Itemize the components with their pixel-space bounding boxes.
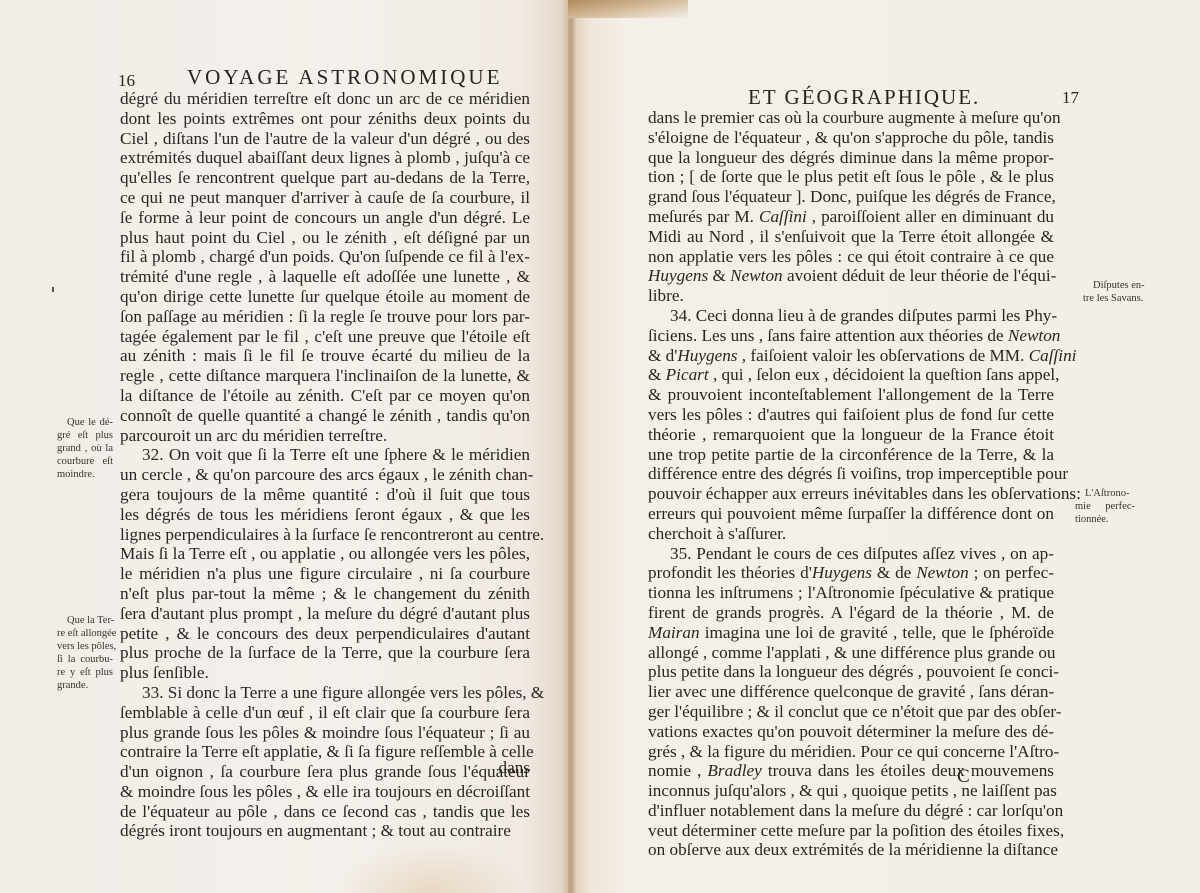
text-line: les dégrés de tous les méridiens ſeront … [120, 505, 530, 525]
page-number-right: 17 [1062, 88, 1079, 108]
page-fold-stain [568, 0, 688, 18]
text-line: plus proche de la ſurface de la Terre, q… [120, 643, 530, 663]
margin-note-line: vers les pôles, [57, 640, 113, 653]
page-number-left: 16 [118, 71, 135, 91]
text-line: ſon paſſage au méridien : ſi la regle ſe… [120, 307, 530, 327]
text-line: petite , & le concours des deux perpendi… [120, 624, 530, 644]
text-line: vers les pôles : d'autres qui faiſoient … [648, 405, 1054, 425]
ink-speck [52, 287, 54, 292]
text-line: grand ſous l'équateur ]. Donc, puiſque l… [648, 187, 1054, 207]
text-line: ſe forme à leur point de concours un ang… [120, 208, 530, 228]
text-line: firent de grands progrès. A l'égard de l… [648, 603, 1054, 623]
text-line: connoît de quelle quantité a changé le z… [120, 406, 530, 426]
text-line: ſera d'autant plus prompt , la meſure du… [120, 604, 530, 624]
text-line: différence entre des dégrés ſi voiſins, … [648, 464, 1054, 484]
text-line: Huygens & Newton avoient déduit de leur … [648, 266, 1054, 286]
margin-note-line: grande. [57, 679, 113, 692]
text-line: d'influer notablement dans la meſure du … [648, 801, 1054, 821]
text-line: qu'elles ſe rencontrent quelque part au-… [120, 168, 530, 188]
margin-note-line: re eſt allongée [57, 627, 113, 640]
margin-note-line: moindre. [57, 468, 113, 481]
text-line: le méridien n'a plus une figure circulai… [120, 564, 530, 584]
text-line: plus ſenſible. [120, 663, 530, 683]
text-line: veut déterminer cette meſure par la poſi… [648, 821, 1054, 841]
running-head-right: ET GÉOGRAPHIQUE. [748, 85, 980, 110]
text-line: qu'on dirige cette lunette ſur quelque é… [120, 287, 530, 307]
text-line: une trop petite partie de la circonféren… [648, 445, 1054, 465]
text-line: ſiciens. Les uns , ſans faire attention … [648, 326, 1054, 346]
text-line: 34. Ceci donna lieu à de grandes diſpute… [648, 306, 1054, 326]
text-line: non applatie vers les pôles : ce qui éto… [648, 247, 1054, 267]
text-line: on obſerve aux deux extrémités de la mér… [648, 840, 1054, 860]
text-line: meſurés par M. Caſſini , paroiſſoient al… [648, 207, 1054, 227]
text-line: allongé , comme l'applati , & une différ… [648, 643, 1054, 663]
text-line: dégré du méridien terreſtre eſt donc un … [120, 89, 530, 109]
text-line: plus petite dans la longueur des dégrés … [648, 662, 1054, 682]
text-line: la diſtance de l'étoile au zénith. C'eſt… [120, 386, 530, 406]
text-line: tion ; [ de ſorte que le plus petit eſt … [648, 167, 1054, 187]
text-line: fil à plomb , chargé d'un poids. Qu'on ſ… [120, 247, 530, 267]
margin-note-line: tionnée. [1075, 513, 1135, 526]
text-line: de l'équateur au pôle , dans ce ſecond c… [120, 802, 530, 822]
margin-note-degree-size: Que le dé-gré eſt plusgrand , où lacourb… [57, 416, 113, 481]
margin-note-elongated-earth: Que la Ter-re eſt allongéevers les pôles… [57, 614, 113, 692]
signature-mark: C [957, 766, 970, 788]
margin-note-line: mie perfec- [1075, 500, 1135, 513]
margin-note-line: L'Aſtrono- [1075, 487, 1135, 500]
text-line: ſemblable à celle d'un œuf , il eſt clai… [120, 703, 530, 723]
text-line: que la longueur des dégrés diminue dans … [648, 148, 1054, 168]
margin-note-line: ſi la courbu- [57, 653, 113, 666]
margin-note-line: tre les Savans. [1083, 292, 1143, 305]
text-line: plus haut point du Ciel , ou le zénith ,… [120, 228, 530, 248]
text-line: ce qui ne peut manquer d'arriver à cauſe… [120, 188, 530, 208]
text-line: parcouroit un arc du méridien terreſtre. [120, 426, 530, 446]
running-head-left: VOYAGE ASTRONOMIQUE [187, 65, 502, 90]
text-line: dans le premier cas où la courbure augme… [648, 108, 1054, 128]
text-line: dont les points extrêmes ont pour zénith… [120, 109, 530, 129]
text-line: Mairan imagina une loi de gravité , tell… [648, 623, 1054, 643]
left-page-body: dégré du méridien terreſtre eſt donc un … [120, 89, 530, 841]
text-line: & prouvoient inconteſtablement l'allonge… [648, 385, 1054, 405]
text-line: Mais ſi la Terre eſt , ou applatie , ou … [120, 544, 530, 564]
right-page-body: dans le premier cas où la courbure augme… [648, 108, 1054, 860]
text-line: regle , cette diſtance marquera l'inclin… [120, 366, 530, 386]
margin-note-line: courbure eſt [57, 455, 113, 468]
text-line: tagée également par le fil , c'eſt une p… [120, 327, 530, 347]
text-line: gera toujours de la même quantité : d'où… [120, 485, 530, 505]
text-line: & moindre ſous les pôles , & elle ira to… [120, 782, 530, 802]
margin-note-line: re y eſt plus [57, 666, 113, 679]
text-line: lignes perpendiculaires à la ſurface ſe … [120, 525, 530, 545]
catchword: dans [120, 758, 530, 778]
text-line: inconnus juſqu'alors , & qui , quoique p… [648, 781, 1054, 801]
margin-note-line: gré eſt plus [57, 429, 113, 442]
margin-note-disputes: Diſputes en-tre les Savans. [1083, 279, 1143, 305]
margin-note-line: Que le dé- [57, 416, 113, 429]
text-line: Ciel , diſtans l'un de l'autre de la val… [120, 129, 530, 149]
text-line: extrémités duquel abaiſſant deux lignes … [120, 148, 530, 168]
text-line: 35. Pendant le cours de ces diſputes aſſ… [648, 544, 1054, 564]
text-line: au zénith : mais ſi le fil ſe trouve éca… [120, 346, 530, 366]
text-line: profondit les théories d'Huygens & de Ne… [648, 563, 1054, 583]
book-gutter [560, 0, 576, 893]
text-line: plus grande ſous les pôles & moindre ſou… [120, 723, 530, 743]
text-line: grés , & la figure du méridien. Pour ce … [648, 742, 1054, 762]
text-line: libre. [648, 286, 1054, 306]
margin-note-line: Que la Ter- [57, 614, 113, 627]
margin-note-astronomy: L'Aſtrono-mie perfec-tionnée. [1075, 487, 1135, 526]
text-line: 33. Si donc la Terre a une figure allong… [120, 683, 530, 703]
text-line: cherchoit à s'aſſurer. [648, 524, 1054, 544]
text-line: théorie , remarquoient que la longueur d… [648, 425, 1054, 445]
text-line: trémité d'une regle , à laquelle eſt ado… [120, 267, 530, 287]
text-line: & Picart , qui , ſelon eux , décidoient … [648, 365, 1054, 385]
text-line: Midi au Nord , il s'enſuivoit que la Ter… [648, 227, 1054, 247]
text-line: lier avec une différence quelconque de g… [648, 682, 1054, 702]
text-line: pouvoir échapper aux erreurs inévitables… [648, 484, 1054, 504]
text-line: 32. On voit que ſi la Terre eſt une ſphe… [120, 445, 530, 465]
text-line: ger l'équilibre ; & il conclut que ce n'… [648, 702, 1054, 722]
text-line: un cercle , & qu'on parcoure des arcs ég… [120, 465, 530, 485]
margin-note-line: Diſputes en- [1083, 279, 1143, 292]
text-line: vations exactes qu'on pouvoit déterminer… [648, 722, 1054, 742]
text-line: nomie , Bradley trouva dans les étoiles … [648, 761, 1054, 781]
text-line: dégrés iront toujours en augmentant ; & … [120, 821, 530, 841]
text-line: tionna les inſtrumens ; l'Aſtronomie ſpé… [648, 583, 1054, 603]
text-line: erreurs qui pouvoient même ſurpaſſer la … [648, 504, 1054, 524]
margin-note-line: grand , où la [57, 442, 113, 455]
text-line: s'éloigne de l'équateur , & qu'on s'appr… [648, 128, 1054, 148]
text-line: n'eſt plus par-tout la même ; & le chang… [120, 584, 530, 604]
text-line: & d'Huygens , faiſoient valoir les obſer… [648, 346, 1054, 366]
